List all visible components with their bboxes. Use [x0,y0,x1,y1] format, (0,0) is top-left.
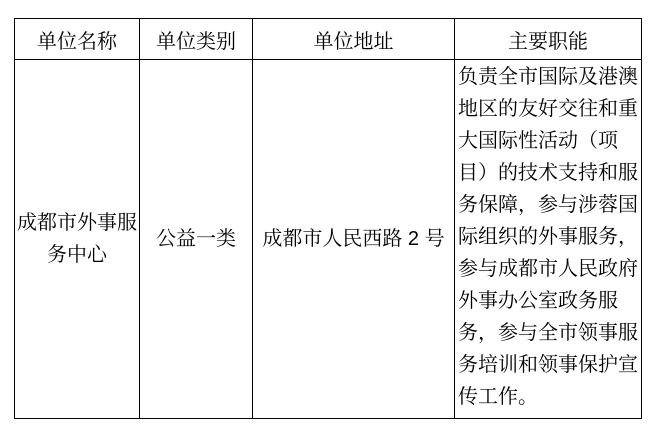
header-main-functions: 主要职能 [455,19,642,60]
unit-info-table: 单位名称 单位类别 单位地址 主要职能 成都市外事服务中心 公益一类 成都市人民… [14,18,642,419]
header-unit-address: 单位地址 [253,19,455,60]
cell-unit-name: 成都市外事服务中心 [15,60,140,419]
header-unit-category: 单位类别 [140,19,253,60]
table-header-row: 单位名称 单位类别 单位地址 主要职能 [15,19,642,60]
cell-unit-category: 公益一类 [140,60,253,419]
page-background: 单位名称 单位类别 单位地址 主要职能 成都市外事服务中心 公益一类 成都市人民… [0,0,652,432]
table-row: 成都市外事服务中心 公益一类 成都市人民西路 2 号 负责全市国际及港澳 地区的… [15,60,642,419]
cell-unit-address: 成都市人民西路 2 号 [253,60,455,419]
cell-main-functions: 负责全市国际及港澳 地区的友好交往和重 大国际性活动（项 目）的技术支持和服 务… [455,60,642,419]
header-unit-name: 单位名称 [15,19,140,60]
